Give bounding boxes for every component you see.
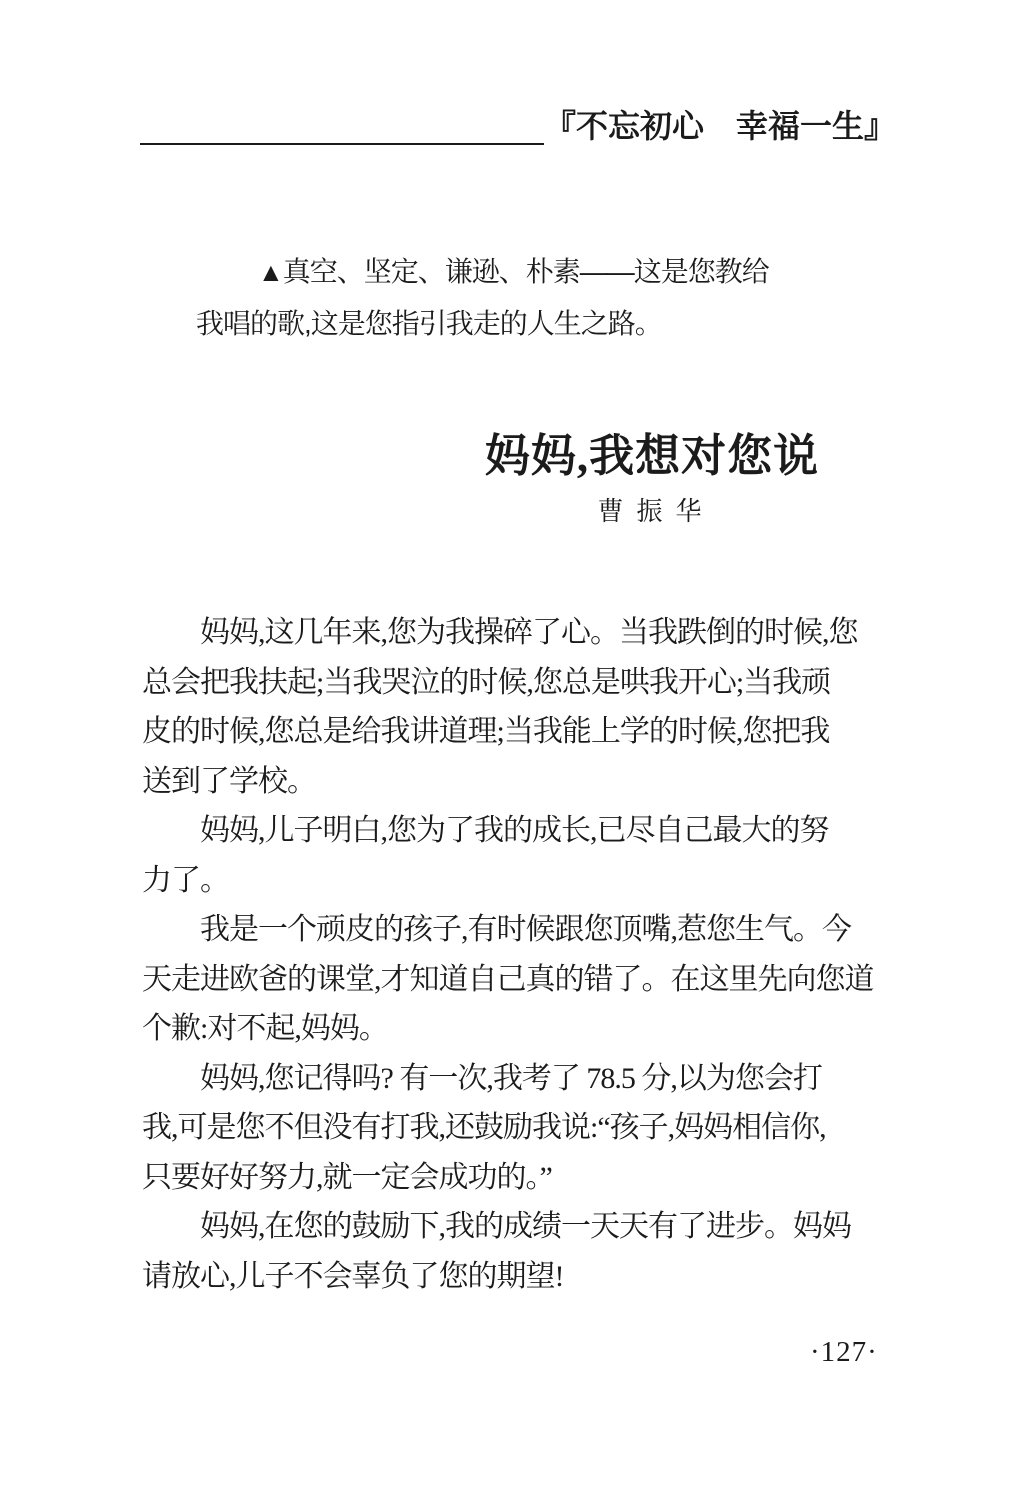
epigraph-line-2: 我唱的歌,这是您指引我走的人生之路。 xyxy=(196,298,769,349)
body-line: 送到了学校。 xyxy=(142,757,942,807)
body-line: 只要好好努力,就一定会成功的。” xyxy=(142,1153,942,1203)
epigraph: ▲真空、坚定、谦逊、朴素——这是您教给 我唱的歌,这是您指引我走的人生之路。 xyxy=(196,246,769,349)
paragraph-4: 妈妈,您记得吗? 有一次,我考了 78.5 分,以为您会打 我,可是您不但没有打… xyxy=(142,1054,942,1203)
paragraph-3: 我是一个顽皮的孩子,有时候跟您顶嘴,惹您生气。今 天走进欧爸的课堂,才知道自己真… xyxy=(142,905,942,1054)
body-line: 妈妈,在您的鼓励下,我的成绩一天天有了进步。妈妈 xyxy=(142,1202,942,1252)
paragraph-5: 妈妈,在您的鼓励下,我的成绩一天天有了进步。妈妈 请放心,儿子不会辜负了您的期望… xyxy=(142,1202,942,1301)
page-header: 『不忘初心 幸福一生』 xyxy=(140,106,896,146)
paragraph-2: 妈妈,儿子明白,您为了我的成长,已尽自己最大的努 力了。 xyxy=(142,806,942,905)
epigraph-text-1: 真空、坚定、谦逊、朴素——这是您教给 xyxy=(283,256,769,287)
article-title: 妈妈,我想对您说 xyxy=(485,428,819,484)
body-line: 我是一个顽皮的孩子,有时候跟您顶嘴,惹您生气。今 xyxy=(142,905,942,955)
article-body: 妈妈,这几年来,您为我操碎了心。当我跌倒的时候,您 总会把我扶起;当我哭泣的时候… xyxy=(142,608,942,1301)
body-line: 请放心,儿子不会辜负了您的期望! xyxy=(142,1252,942,1302)
body-line: 妈妈,您记得吗? 有一次,我考了 78.5 分,以为您会打 xyxy=(142,1054,942,1104)
body-line: 妈妈,这几年来,您为我操碎了心。当我跌倒的时候,您 xyxy=(142,608,942,658)
book-page: 『不忘初心 幸福一生』 ▲真空、坚定、谦逊、朴素——这是您教给 我唱的歌,这是您… xyxy=(0,0,1024,1497)
running-head-title: 『不忘初心 幸福一生』 xyxy=(544,106,896,146)
header-rule xyxy=(140,143,544,145)
body-line: 个歉:对不起,妈妈。 xyxy=(142,1004,942,1054)
epigraph-line-1: ▲真空、坚定、谦逊、朴素——这是您教给 xyxy=(258,246,769,298)
page-number: ·127· xyxy=(810,1335,878,1369)
body-line: 我,可是您不但没有打我,还鼓励我说:“孩子,妈妈相信你, xyxy=(142,1103,942,1153)
body-line: 妈妈,儿子明白,您为了我的成长,已尽自己最大的努 xyxy=(142,806,942,856)
body-line: 总会把我扶起;当我哭泣的时候,您总是哄我开心;当我顽 xyxy=(142,658,942,708)
article-author: 曹振华 xyxy=(597,496,714,528)
paragraph-1: 妈妈,这几年来,您为我操碎了心。当我跌倒的时候,您 总会把我扶起;当我哭泣的时候… xyxy=(142,608,942,806)
body-line: 皮的时候,您总是给我讲道理;当我能上学的时候,您把我 xyxy=(142,707,942,757)
body-line: 力了。 xyxy=(142,856,942,906)
triangle-icon: ▲ xyxy=(258,257,283,287)
body-line: 天走进欧爸的课堂,才知道自己真的错了。在这里先向您道 xyxy=(142,955,942,1005)
